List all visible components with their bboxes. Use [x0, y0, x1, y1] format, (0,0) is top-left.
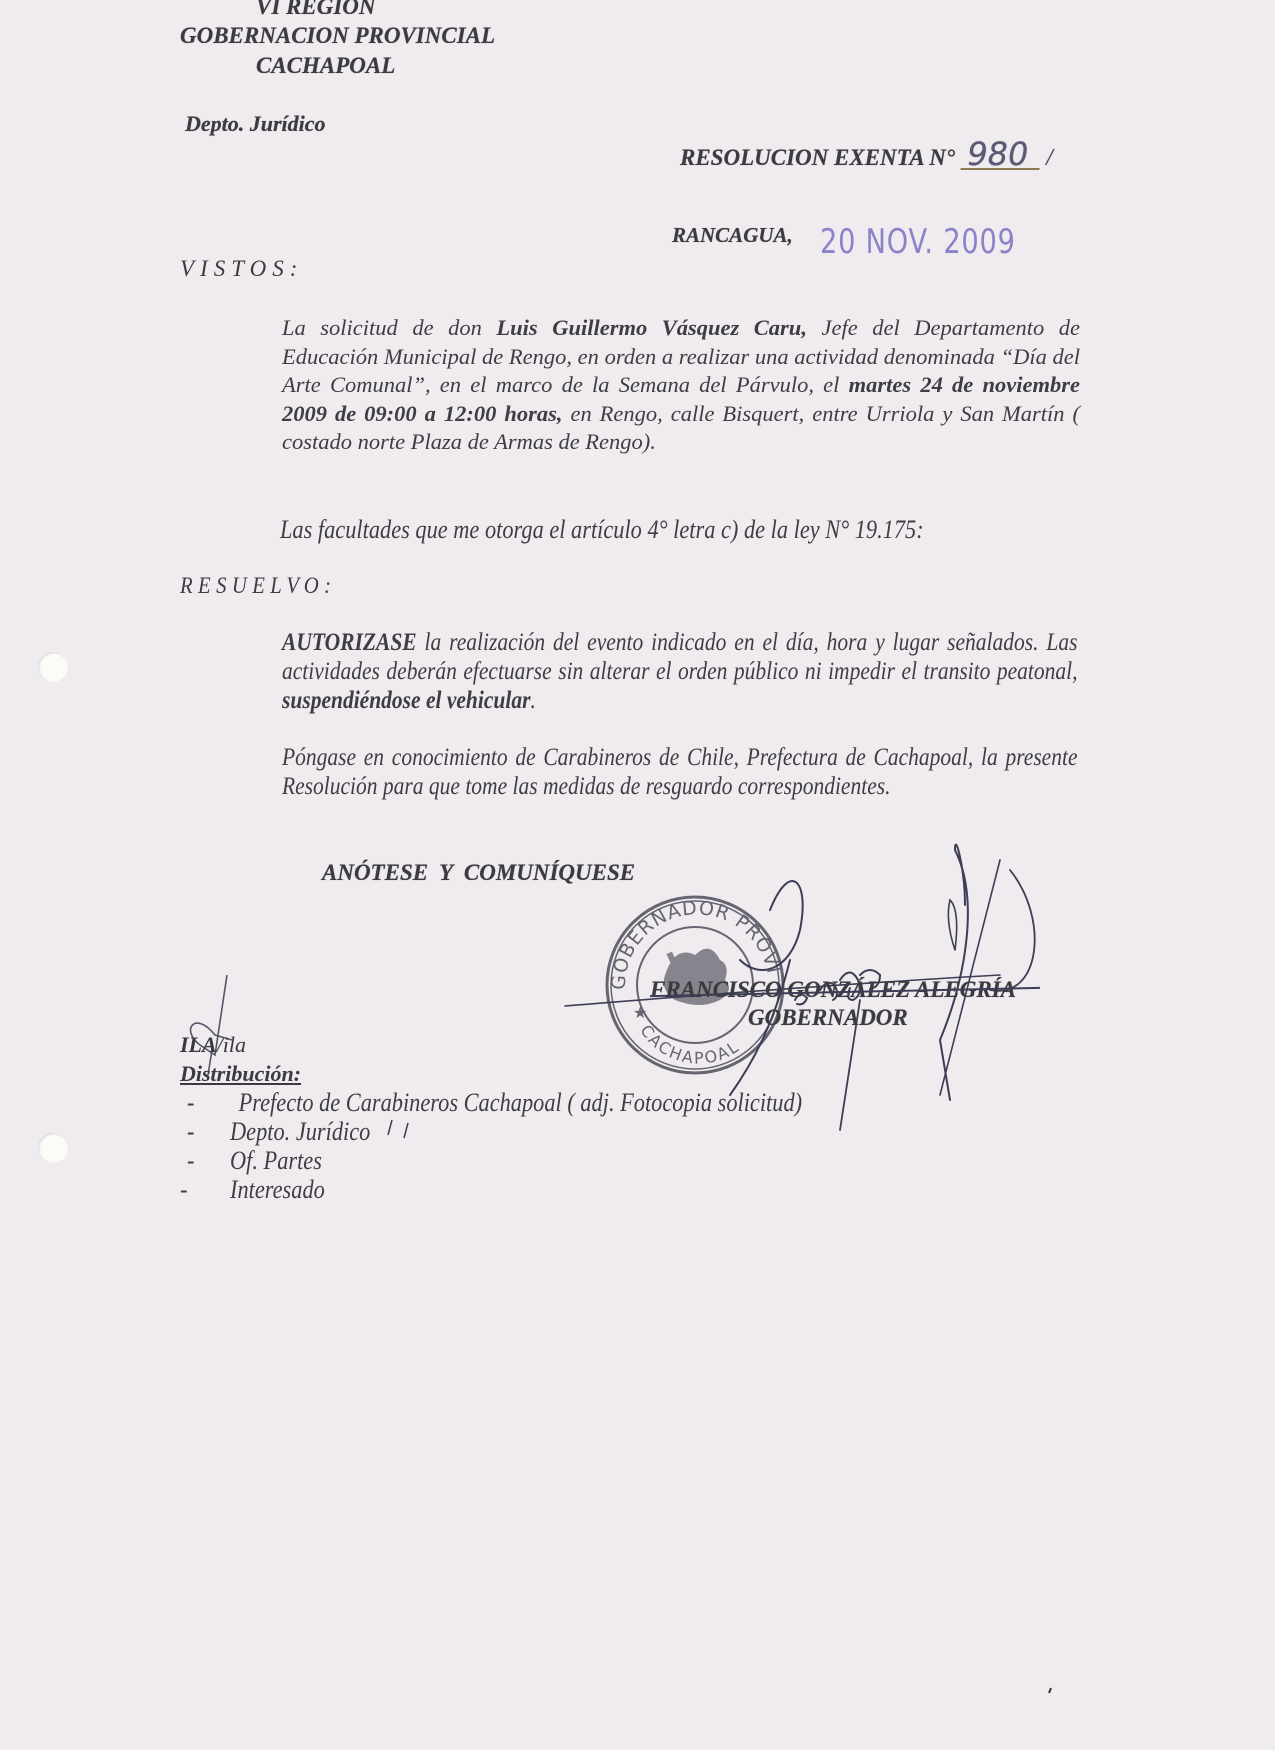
vistos-paragraph: La solicitud de don Luis Guillermo Vásqu… [282, 314, 1080, 457]
vistos-heading: VISTOS: [180, 256, 303, 282]
distribution-item-text: Prefecto de Carabineros Cachapoal ( adj.… [239, 1088, 802, 1117]
vehicle-suspension: suspendiéndose el vehicular [282, 687, 530, 714]
distribution-item-text: Depto. Jurídico [230, 1117, 370, 1146]
resuelvo-text-2: . [530, 687, 535, 714]
resolution-number: 980 [960, 140, 1044, 170]
vistos-text-1: La solicitud de don [282, 315, 496, 340]
signatory-title: GOBERNADOR [748, 1005, 908, 1031]
author-initials: ILA [180, 1032, 217, 1057]
svg-text:★: ★ [633, 1005, 647, 1022]
date-stamp: 20 NOV. 2009 [820, 222, 1016, 262]
closing-formula: ANÓTESE Y COMUNÍQUESE [322, 860, 635, 886]
header-department: Depto. Jurídico [185, 111, 326, 137]
header-region: VI REGION [256, 0, 376, 20]
legal-basis: Las facultades que me otorga el artículo… [280, 515, 924, 545]
resolution-slash: / [1046, 145, 1053, 172]
punch-hole [38, 1133, 68, 1163]
distribution-heading: Distribución: [180, 1061, 301, 1087]
stray-mark [1049, 1688, 1051, 1693]
resuelvo-heading: RESUELVO: [180, 573, 336, 599]
applicant-name: Luis Guillermo Vásquez Caru, [496, 315, 807, 340]
svg-text:GOBERNADOR PROVINCIAL: GOBERNADOR PROVINCIAL [0, 0, 785, 990]
typist-initials: ILA/ila [180, 1032, 246, 1058]
header-office: GOBERNACION PROVINCIAL [180, 23, 495, 49]
distribution-item: -Prefecto de Carabineros Cachapoal ( adj… [187, 1088, 802, 1117]
distribution-item: -Of. Partes [187, 1146, 802, 1175]
distribution-item: -Depto. Jurídico [187, 1117, 802, 1146]
distribution-item-text: Interesado [230, 1175, 325, 1204]
place-label: RANCAGUA, [672, 223, 793, 248]
distribution-list: -Prefecto de Carabineros Cachapoal ( adj… [187, 1088, 802, 1204]
resuelvo-paragraph-2-wrap: Póngase en conocimiento de Carabineros d… [282, 743, 1078, 801]
typist-initials-lower: /ila [217, 1032, 246, 1057]
resolution-label-text: RESOLUCION EXENTA N° [680, 145, 955, 171]
authorize-keyword: AUTORIZASE [282, 629, 417, 656]
punch-hole [38, 652, 68, 682]
resuelvo-paragraph-1: AUTORIZASE la realización del evento ind… [282, 628, 1078, 715]
distribution-item-text: Of. Partes [230, 1146, 322, 1175]
initials-paraph [191, 975, 232, 1075]
distribution-item: -Interesado [187, 1175, 802, 1204]
resuelvo-paragraph-2: Póngase en conocimiento de Carabineros d… [282, 743, 1078, 801]
svg-text:CACHAPOAL: CACHAPOAL [636, 1021, 743, 1067]
resuelvo-paragraph-1-wrap: AUTORIZASE la realización del evento ind… [282, 628, 1078, 715]
header-province: CACHAPOAL [256, 53, 395, 79]
resolution-label: RESOLUCION EXENTA N° 980 / [680, 140, 1053, 172]
